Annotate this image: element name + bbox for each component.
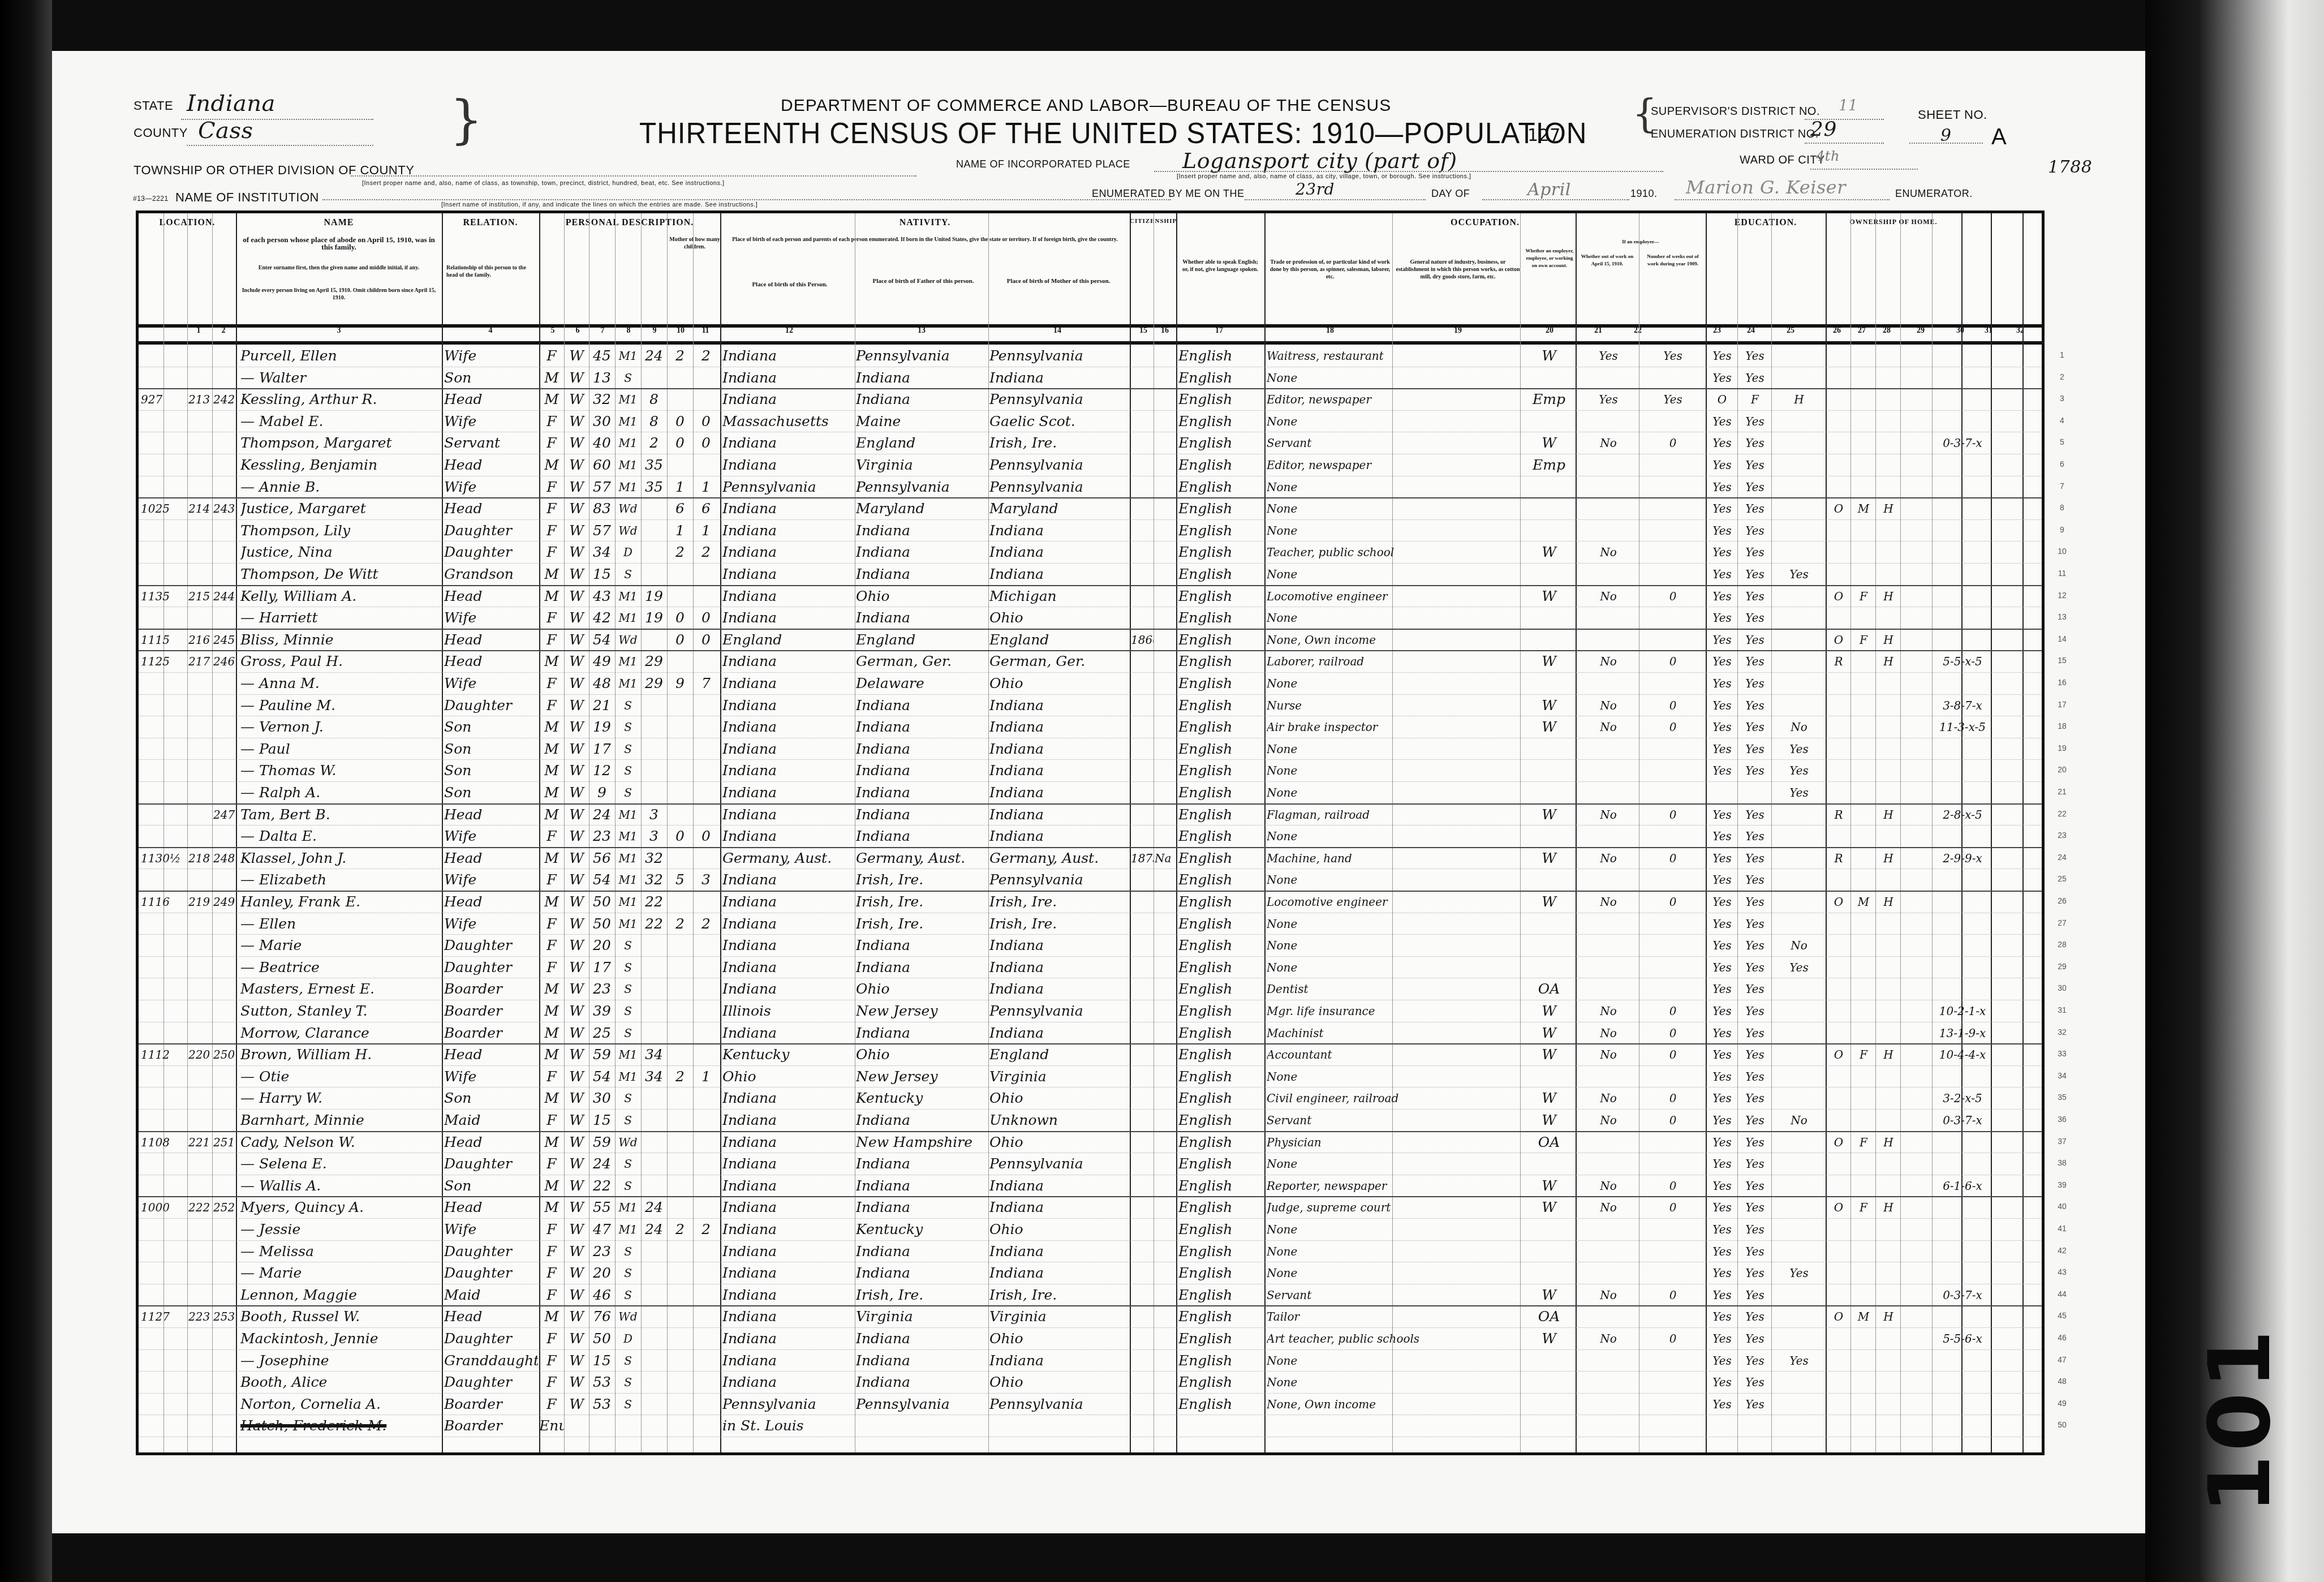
cell-yrs bbox=[641, 1308, 667, 1326]
cell-house bbox=[141, 980, 186, 998]
cell-born bbox=[667, 456, 693, 474]
cell-write: Yes bbox=[1738, 478, 1771, 496]
cell-yrs bbox=[641, 522, 667, 540]
cell-imm bbox=[1131, 697, 1154, 715]
cell-free bbox=[1852, 652, 1875, 670]
cell-write: Yes bbox=[1738, 369, 1771, 387]
cell-imm bbox=[1131, 652, 1154, 670]
cell-marital: M1 bbox=[615, 609, 641, 627]
cell-bp-mother: Indiana bbox=[989, 936, 1130, 955]
cell-relation: Boarder bbox=[444, 1024, 538, 1042]
cell-write: Yes bbox=[1738, 827, 1771, 845]
cell-living: 2 bbox=[693, 1220, 719, 1239]
cell-born bbox=[667, 784, 693, 802]
cell-relation: Daughter bbox=[444, 1155, 538, 1173]
cell-free: M bbox=[1852, 500, 1875, 518]
cell-bp: Indiana bbox=[722, 806, 855, 824]
cell-house bbox=[141, 1395, 186, 1413]
cell-read: Yes bbox=[1707, 412, 1737, 431]
incorporated-place-note: [Insert proper name and, also, name of c… bbox=[1177, 173, 1471, 180]
cell-bp: Germany, Aust. bbox=[722, 849, 855, 867]
column-number: 16 bbox=[1154, 326, 1176, 336]
cell-weeks: 0 bbox=[1640, 697, 1706, 715]
table-row: 1115216245Bliss, MinnieHeadFW54Wd00Engla… bbox=[139, 629, 2042, 652]
table-row: Kessling, BenjaminHeadMW60M135IndianaVir… bbox=[139, 454, 2042, 476]
cell-own bbox=[1827, 565, 1850, 583]
cell-school bbox=[1772, 652, 1826, 670]
cell-relation: Wife bbox=[444, 1068, 538, 1086]
cell-living bbox=[693, 565, 719, 583]
cell-family bbox=[213, 522, 236, 540]
line-number: 42 bbox=[2051, 1246, 2073, 1255]
table-row: 927213242Kessling, Arthur R.HeadMW32M18I… bbox=[139, 388, 2042, 411]
cell-house bbox=[141, 478, 186, 496]
cell-house: 1115 bbox=[141, 631, 186, 649]
birth-father-heading: Place of birth of Father of this person. bbox=[858, 278, 988, 285]
cell-emp bbox=[1522, 1243, 1576, 1261]
cell-lang: English bbox=[1178, 1373, 1264, 1391]
cell-fh bbox=[1877, 1243, 1900, 1261]
cell-bp: Indiana bbox=[722, 565, 855, 583]
line-number: 29 bbox=[2051, 962, 2073, 971]
name-instruction: Enter surname first, then the given name… bbox=[242, 264, 436, 272]
cell-living bbox=[693, 1198, 719, 1216]
line-number: 14 bbox=[2051, 634, 2073, 643]
cell-lang: English bbox=[1178, 740, 1264, 758]
cell-read: Yes bbox=[1707, 697, 1737, 715]
cell-trade: None bbox=[1267, 1373, 1521, 1391]
cell-name: Mackintosh, Jennie bbox=[240, 1330, 440, 1348]
cell-yrs bbox=[641, 718, 667, 736]
cell-read: Yes bbox=[1707, 936, 1737, 955]
cell-bp-father: Kentucky bbox=[856, 1220, 988, 1239]
cell-born bbox=[667, 1155, 693, 1173]
column-number: 7 bbox=[591, 326, 614, 336]
cell-born bbox=[667, 1002, 693, 1020]
cell-nat bbox=[1155, 827, 1176, 845]
cell-trade: Editor, newspaper bbox=[1267, 390, 1521, 409]
cell-yrs: 19 bbox=[641, 609, 667, 627]
cell-imm bbox=[1131, 565, 1154, 583]
cell-age: 45 bbox=[589, 347, 615, 365]
cell-bp-mother: Indiana bbox=[989, 958, 1130, 977]
cell-fh bbox=[1877, 522, 1900, 540]
cell-trade: Air brake inspector bbox=[1267, 718, 1521, 736]
cell-trade: None bbox=[1267, 500, 1521, 518]
cell-free bbox=[1852, 543, 1875, 561]
cell-free: M bbox=[1852, 1308, 1875, 1326]
cell-school bbox=[1772, 1024, 1826, 1042]
cell-family bbox=[213, 1177, 236, 1195]
cell-yrs bbox=[641, 1373, 667, 1391]
cell-family bbox=[213, 1243, 236, 1261]
cell-relation: Daughter bbox=[444, 1243, 538, 1261]
cell-name: — Walter bbox=[240, 369, 440, 387]
cell-bp-mother: Indiana bbox=[989, 1198, 1130, 1216]
cell-out bbox=[1578, 369, 1639, 387]
cell-living bbox=[693, 369, 719, 387]
cell-marital bbox=[615, 1417, 641, 1435]
cell-bp-father: Germany, Aust. bbox=[856, 849, 988, 867]
cell-weeks bbox=[1640, 1395, 1706, 1413]
cell-emp: W bbox=[1522, 1330, 1576, 1348]
cell-name: — Harry W. bbox=[240, 1089, 440, 1107]
cell-fh bbox=[1877, 1330, 1900, 1348]
cell-fh bbox=[1877, 543, 1900, 561]
line-number: 27 bbox=[2051, 918, 2073, 927]
cell-name: Gross, Paul H. bbox=[240, 652, 440, 670]
incorporated-place-value: Logansport city (part of) bbox=[1182, 148, 1457, 173]
column-number: 17 bbox=[1208, 326, 1230, 336]
institution-note: [Insert name of institution, if any, and… bbox=[441, 201, 758, 208]
cell-bp-father: Virginia bbox=[856, 456, 988, 474]
cell-house bbox=[141, 609, 186, 627]
cell-marital: S bbox=[615, 1177, 641, 1195]
cell-dwelling: 214 bbox=[188, 500, 212, 518]
cell-house bbox=[141, 565, 186, 583]
cell-family bbox=[213, 543, 236, 561]
cell-yrs bbox=[641, 565, 667, 583]
cell-out: No bbox=[1578, 434, 1639, 452]
cell-write: Yes bbox=[1738, 740, 1771, 758]
cell-house bbox=[141, 522, 186, 540]
cell-age: 59 bbox=[589, 1133, 615, 1151]
cell-race: W bbox=[564, 762, 589, 780]
cell-sched: 5-5-6-x bbox=[1901, 1330, 2024, 1348]
cell-name: — Melissa bbox=[240, 1243, 440, 1261]
cell-imm bbox=[1131, 1177, 1154, 1195]
ward-label: WARD OF CITY bbox=[1740, 154, 1825, 167]
cell-out: No bbox=[1578, 718, 1639, 736]
cell-born bbox=[667, 1133, 693, 1151]
cell-bp-mother: Indiana bbox=[989, 980, 1130, 998]
cell-sched bbox=[1901, 871, 2024, 889]
cell-bp-mother: Pennsylvania bbox=[989, 1395, 1130, 1413]
cell-bp-mother: Maryland bbox=[989, 500, 1130, 518]
cell-out bbox=[1578, 1417, 1639, 1435]
cell-out bbox=[1578, 980, 1639, 998]
cell-nat bbox=[1155, 1024, 1176, 1042]
cell-born bbox=[667, 697, 693, 715]
cell-bp-mother: England bbox=[989, 1046, 1130, 1064]
line-number: 17 bbox=[2051, 700, 2073, 709]
cell-living bbox=[693, 893, 719, 911]
cell-bp-father: Indiana bbox=[856, 806, 988, 824]
cell-imm bbox=[1131, 1417, 1154, 1435]
cell-lang: English bbox=[1178, 1024, 1264, 1042]
cell-write bbox=[1738, 784, 1771, 802]
cell-born bbox=[667, 587, 693, 605]
cell-name: Hanley, Frank E. bbox=[240, 893, 440, 911]
cell-lang: English bbox=[1178, 1046, 1264, 1064]
cell-relation: Head bbox=[444, 806, 538, 824]
cell-name: — Josephine bbox=[240, 1352, 440, 1370]
cell-emp bbox=[1522, 958, 1576, 977]
cell-family bbox=[213, 1155, 236, 1173]
cell-relation: Boarder bbox=[444, 1002, 538, 1020]
cell-family bbox=[213, 1286, 236, 1304]
cell-born bbox=[667, 1308, 693, 1326]
cell-free bbox=[1852, 456, 1875, 474]
cell-weeks bbox=[1640, 609, 1706, 627]
cell-imm bbox=[1131, 915, 1154, 933]
cell-race: W bbox=[564, 827, 589, 845]
table-row: 247Tam, Bert B.HeadMW24M13IndianaIndiana… bbox=[139, 803, 2042, 826]
line-number: 30 bbox=[2051, 983, 2073, 992]
cell-sched bbox=[1901, 522, 2024, 540]
cell-trade: None bbox=[1267, 784, 1521, 802]
cell-bp: England bbox=[722, 631, 855, 649]
cell-yrs bbox=[641, 740, 667, 758]
cell-house bbox=[141, 347, 186, 365]
cell-yrs bbox=[641, 1395, 667, 1413]
cell-write: Yes bbox=[1738, 1155, 1771, 1173]
cell-write: Yes bbox=[1738, 1308, 1771, 1326]
cell-free bbox=[1852, 762, 1875, 780]
enumerated-label: ENUMERATED BY ME ON THE bbox=[1092, 188, 1245, 200]
cell-lang: English bbox=[1178, 697, 1264, 715]
table-row: 1130½218248Klassel, John J.HeadMW56M132G… bbox=[139, 847, 2042, 870]
cell-bp-father: Indiana bbox=[856, 958, 988, 977]
cell-dwelling bbox=[188, 1177, 212, 1195]
cell-nat bbox=[1155, 1352, 1176, 1370]
cell-free bbox=[1852, 609, 1875, 627]
cell-out: No bbox=[1578, 849, 1639, 867]
cell-sex: F bbox=[539, 522, 564, 540]
cell-born: 2 bbox=[667, 543, 693, 561]
cell-sex: F bbox=[539, 478, 564, 496]
cell-name: Tam, Bert B. bbox=[240, 806, 440, 824]
cell-dwelling bbox=[188, 1243, 212, 1261]
cell-lang: English bbox=[1178, 915, 1264, 933]
department-heading: DEPARTMENT OF COMMERCE AND LABOR—BUREAU … bbox=[781, 96, 1391, 115]
cell-relation: Son bbox=[444, 740, 538, 758]
cell-bp-mother: German, Ger. bbox=[989, 652, 1130, 670]
cell-nat bbox=[1155, 1395, 1176, 1413]
cell-weeks bbox=[1640, 1220, 1706, 1239]
table-row: — Dalta E.WifeFW23M1300IndianaIndianaInd… bbox=[139, 825, 2042, 848]
cell-school: Yes bbox=[1772, 740, 1826, 758]
cell-fh: H bbox=[1877, 849, 1900, 867]
cell-lang: English bbox=[1178, 1155, 1264, 1173]
cell-bp-father: Indiana bbox=[856, 827, 988, 845]
cell-dwelling bbox=[188, 412, 212, 431]
cell-out bbox=[1578, 1068, 1639, 1086]
cell-imm bbox=[1131, 1373, 1154, 1391]
cell-imm bbox=[1131, 500, 1154, 518]
cell-emp bbox=[1522, 1220, 1576, 1239]
cell-lang: English bbox=[1178, 522, 1264, 540]
cell-emp: W bbox=[1522, 587, 1576, 605]
cell-house bbox=[141, 369, 186, 387]
cell-living bbox=[693, 1330, 719, 1348]
cell-house bbox=[141, 697, 186, 715]
cell-bp-father: Ohio bbox=[856, 587, 988, 605]
cell-nat bbox=[1155, 697, 1176, 715]
cell-weeks: 0 bbox=[1640, 587, 1706, 605]
cell-weeks bbox=[1640, 522, 1706, 540]
cell-weeks bbox=[1640, 762, 1706, 780]
cell-bp-father: Indiana bbox=[856, 369, 988, 387]
cell-name: Thompson, Margaret bbox=[240, 434, 440, 452]
cell-out bbox=[1578, 1308, 1639, 1326]
cell-relation: Head bbox=[444, 587, 538, 605]
cell-nat bbox=[1155, 609, 1176, 627]
cell-age: 34 bbox=[589, 543, 615, 561]
column-number: 14 bbox=[1046, 326, 1069, 336]
table-row: — MarieDaughterFW20SIndianaIndianaIndian… bbox=[139, 1262, 2042, 1284]
cell-sex: M bbox=[539, 980, 564, 998]
cell-own bbox=[1827, 1417, 1850, 1435]
cell-imm bbox=[1131, 1068, 1154, 1086]
cell-yrs bbox=[641, 1286, 667, 1304]
cell-out bbox=[1578, 1352, 1639, 1370]
cell-marital: S bbox=[615, 958, 641, 977]
cell-emp bbox=[1522, 1068, 1576, 1086]
cell-bp-father: Indiana bbox=[856, 1155, 988, 1173]
cell-read: Yes bbox=[1707, 958, 1737, 977]
cell-lang: English bbox=[1178, 1220, 1264, 1239]
cell-bp: Indiana bbox=[722, 1133, 855, 1151]
line-number: 43 bbox=[2051, 1267, 2073, 1276]
cell-sched: 3-8-7-x bbox=[1901, 697, 2024, 715]
cell-school bbox=[1772, 697, 1826, 715]
cell-marital: S bbox=[615, 980, 641, 998]
cell-bp: Indiana bbox=[722, 609, 855, 627]
cell-born bbox=[667, 1286, 693, 1304]
cell-read: Yes bbox=[1707, 565, 1737, 583]
cell-relation: Son bbox=[444, 762, 538, 780]
cell-born bbox=[667, 936, 693, 955]
cell-house: 1112 bbox=[141, 1046, 186, 1064]
line-number: 13 bbox=[2051, 612, 2073, 621]
cell-weeks bbox=[1640, 412, 1706, 431]
cell-age: 60 bbox=[589, 456, 615, 474]
cell-family bbox=[213, 740, 236, 758]
cell-race: W bbox=[564, 478, 589, 496]
name-description: of each person whose place of abode on A… bbox=[242, 236, 436, 251]
cell-marital: S bbox=[615, 1089, 641, 1107]
cell-write: Yes bbox=[1738, 1264, 1771, 1282]
cell-write: Yes bbox=[1738, 1111, 1771, 1129]
cell-lang: English bbox=[1178, 784, 1264, 802]
cell-weeks: 0 bbox=[1640, 1024, 1706, 1042]
cell-read: Yes bbox=[1707, 871, 1737, 889]
cell-dwelling bbox=[188, 958, 212, 977]
cell-school bbox=[1772, 1286, 1826, 1304]
cell-sex: F bbox=[539, 434, 564, 452]
cell-trade bbox=[1267, 1417, 1521, 1435]
enumeration-district-label: ENUMERATION DISTRICT NO. bbox=[1651, 128, 1819, 141]
cell-family bbox=[213, 478, 236, 496]
cell-marital: M1 bbox=[615, 412, 641, 431]
cell-house: 1000 bbox=[141, 1198, 186, 1216]
cell-house bbox=[141, 1264, 186, 1282]
cell-bp-father: Pennsylvania bbox=[856, 478, 988, 496]
cell-sex: F bbox=[539, 1111, 564, 1129]
cell-name: — Ralph A. bbox=[240, 784, 440, 802]
cell-living bbox=[693, 718, 719, 736]
cell-own bbox=[1827, 609, 1850, 627]
cell-race bbox=[564, 1417, 589, 1435]
cell-bp-mother: Ohio bbox=[989, 1089, 1130, 1107]
cell-bp: Indiana bbox=[722, 936, 855, 955]
cell-out bbox=[1578, 522, 1639, 540]
cell-sex: F bbox=[539, 1330, 564, 1348]
cell-family bbox=[213, 412, 236, 431]
cell-free: F bbox=[1852, 1133, 1875, 1151]
table-row: — ElizabethWifeFW54M13253IndianaIrish, I… bbox=[139, 869, 2042, 892]
cell-bp-father: Indiana bbox=[856, 740, 988, 758]
cell-trade: Dentist bbox=[1267, 980, 1521, 998]
cell-name: — Beatrice bbox=[240, 958, 440, 977]
cell-trade: Servant bbox=[1267, 434, 1521, 452]
cell-age: 57 bbox=[589, 478, 615, 496]
cell-imm bbox=[1131, 412, 1154, 431]
cell-nat bbox=[1155, 1220, 1176, 1239]
cell-family bbox=[213, 1264, 236, 1282]
cell-out bbox=[1578, 1220, 1639, 1239]
cell-fh bbox=[1877, 609, 1900, 627]
cell-race: W bbox=[564, 806, 589, 824]
cell-yrs: 32 bbox=[641, 871, 667, 889]
cell-born bbox=[667, 740, 693, 758]
cell-bp: Indiana bbox=[722, 1177, 855, 1195]
cell-house bbox=[141, 784, 186, 802]
cell-sched bbox=[1901, 1417, 2024, 1435]
cell-bp-mother: Indiana bbox=[989, 762, 1130, 780]
cell-name: Justice, Margaret bbox=[240, 500, 440, 518]
cell-trade: Nurse bbox=[1267, 697, 1521, 715]
cell-dwelling: 220 bbox=[188, 1046, 212, 1064]
cell-read: Yes bbox=[1707, 980, 1737, 998]
cell-lang: English bbox=[1178, 500, 1264, 518]
cell-living bbox=[693, 784, 719, 802]
cell-sched bbox=[1901, 631, 2024, 649]
cell-school bbox=[1772, 1395, 1826, 1413]
line-number: 48 bbox=[2051, 1377, 2073, 1386]
cell-dwelling bbox=[188, 1395, 212, 1413]
cell-sched bbox=[1901, 958, 2024, 977]
cell-race: W bbox=[564, 347, 589, 365]
cell-lang: English bbox=[1178, 674, 1264, 693]
cell-bp-father: Indiana bbox=[856, 565, 988, 583]
cell-yrs bbox=[641, 1002, 667, 1020]
cell-sched bbox=[1901, 390, 2024, 409]
cell-school bbox=[1772, 1155, 1826, 1173]
cell-write: Yes bbox=[1738, 871, 1771, 889]
cell-imm bbox=[1131, 1395, 1154, 1413]
cell-imm bbox=[1131, 740, 1154, 758]
cell-own: O bbox=[1827, 1198, 1850, 1216]
cell-age: 59 bbox=[589, 1046, 615, 1064]
cell-living bbox=[693, 1243, 719, 1261]
cell-out bbox=[1578, 762, 1639, 780]
cell-living bbox=[693, 1002, 719, 1020]
cell-bp-mother: Ohio bbox=[989, 674, 1130, 693]
cell-marital: M1 bbox=[615, 871, 641, 889]
cell-fh bbox=[1877, 412, 1900, 431]
cell-school bbox=[1772, 1308, 1826, 1326]
cell-family bbox=[213, 958, 236, 977]
cell-sex: F bbox=[539, 1395, 564, 1413]
cell-bp: Pennsylvania bbox=[722, 1395, 855, 1413]
cell-relation: Wife bbox=[444, 871, 538, 889]
cell-yrs: 8 bbox=[641, 412, 667, 431]
cell-marital: S bbox=[615, 718, 641, 736]
cell-emp bbox=[1522, 1373, 1576, 1391]
cell-relation: Head bbox=[444, 631, 538, 649]
